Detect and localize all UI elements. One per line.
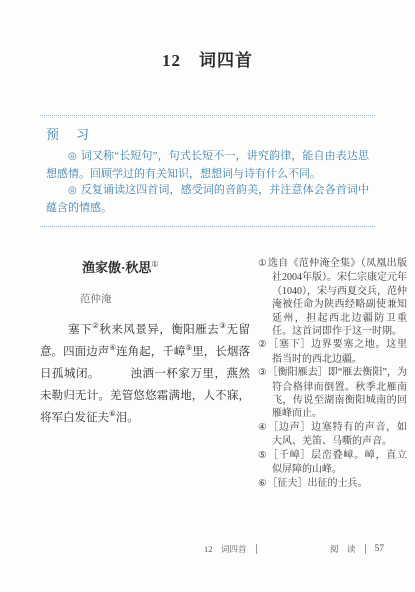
footer-lesson-label: 12 词四首 [204,543,247,555]
footnote-text: ［征夫］出征的士兵。 [268,478,368,489]
lesson-title: 12 词四首 [0,0,415,71]
preview-item-text: 词又称“长短句”，句式长短不一，讲究韵律，能自由表达思想感情。回顾学过的有关知识… [46,150,369,180]
footnote-number: ⑥ [258,479,267,489]
note-ref-3: ③ [219,321,226,330]
footnote-text: ［千嶂］层峦叠嶂。嶂，直立似屏障的山峰。 [268,450,407,475]
stanza-gap [94,368,130,380]
footnote: ③［衡阳雁去］即“雁去衡阳”，为符合格律而倒置。秋季北雁南飞，传说至湖南衡阳城南… [258,366,407,421]
note-ref-1: ① [151,260,158,269]
footnote: ④［边声］边塞特有的声音，如大风、羌笛、马嘶的声音。 [258,421,407,449]
preview-item: ◎反复诵读这四首词，感受词的音韵美，并注意体会各首词中蕴含的情感。 [46,182,369,216]
ring-bullet-icon: ◎ [68,185,77,196]
ring-bullet-icon: ◎ [68,151,77,162]
note-ref-6: ⑥ [109,409,116,418]
footnote: ②［塞下］边界要塞之地。这里指当时的西北边疆。 [258,338,407,366]
footnote-number: ④ [258,423,267,433]
poem-author: 范仲淹 [80,291,250,306]
footnote-number: ② [258,340,267,350]
footnote-number: ③ [258,368,267,378]
poem-text: 塞下②秋来风景异，衡阳雁去③无留意。四面边声④连角起，千嶂⑤里，长烟落日孤城闭。… [40,319,250,429]
poem-column: 渔家傲·秋思① 范仲淹 塞下②秋来风景异，衡阳雁去③无留意。四面边声④连角起，千… [40,257,254,491]
footnote: ⑤［千嶂］层峦叠嶂。嶂，直立似屏障的山峰。 [258,449,407,477]
page-number: 57 [375,544,385,554]
footer-lesson-group: 12 词四首 [204,543,266,555]
poem-run: 连角起，千嶂 [116,346,185,358]
lesson-body: 渔家傲·秋思① 范仲淹 塞下②秋来风景异，衡阳雁去③无留意。四面边声④连角起，千… [40,257,407,491]
footnotes-column: ①选自《范仲淹全集》（凤凰出版社2004年版）。宋仁宗康定元年（1040），宋与… [258,257,407,491]
footnote-text: ［衡阳雁去］即“雁去衡阳”，为符合格律而倒置。秋季北雁南飞，传说至湖南衡阳城南的… [268,367,407,419]
footer-section-group: 阅 读 57 [330,543,384,555]
preview-heading: 预 习 [46,124,369,143]
poem-run: 塞下 [68,324,92,336]
footer-divider [256,544,257,554]
textbook-page: 12 词四首 预 习 ◎词又称“长短句”，句式长短不一，讲究韵律，能自由表达思想… [0,0,415,592]
footer-divider [365,544,366,554]
footnote-number: ① [258,259,267,269]
footnote: ①选自《范仲淹全集》（凤凰出版社2004年版）。宋仁宗康定元年（1040），宋与… [258,257,407,338]
footer-section-label: 阅 读 [330,543,356,555]
footnote-text: ［边声］边塞特有的声音，如大风、羌笛、马嘶的声音。 [268,422,407,447]
footnote-number: ⑤ [258,451,267,461]
footnote-text: ［塞下］边界要塞之地。这里指当时的西北边疆。 [268,339,407,364]
poem-run: 秋来风景异，衡阳雁去 [99,324,219,336]
preview-item-text: 反复诵读这四首词，感受词的音韵美，并注意体会各首词中蕴含的情感。 [46,184,369,214]
page-footer: 12 词四首 阅 读 57 [0,543,415,557]
poem-title-text: 渔家傲·秋思 [82,260,151,275]
poem-run: 泪。 [116,412,139,424]
footnote: ⑥［征夫］出征的士兵。 [258,477,407,491]
poem-title: 渔家傲·秋思① [82,257,250,276]
footnote-text: 选自《范仲淹全集》（凤凰出版社2004年版）。宋仁宗康定元年（1040），宋与西… [268,258,407,337]
preview-section: 预 习 ◎词又称“长短句”，句式长短不一，讲究韵律，能自由表达思想感情。回顾学过… [40,115,375,227]
preview-item: ◎词又称“长短句”，句式长短不一，讲究韵律，能自由表达思想感情。回顾学过的有关知… [46,148,369,182]
